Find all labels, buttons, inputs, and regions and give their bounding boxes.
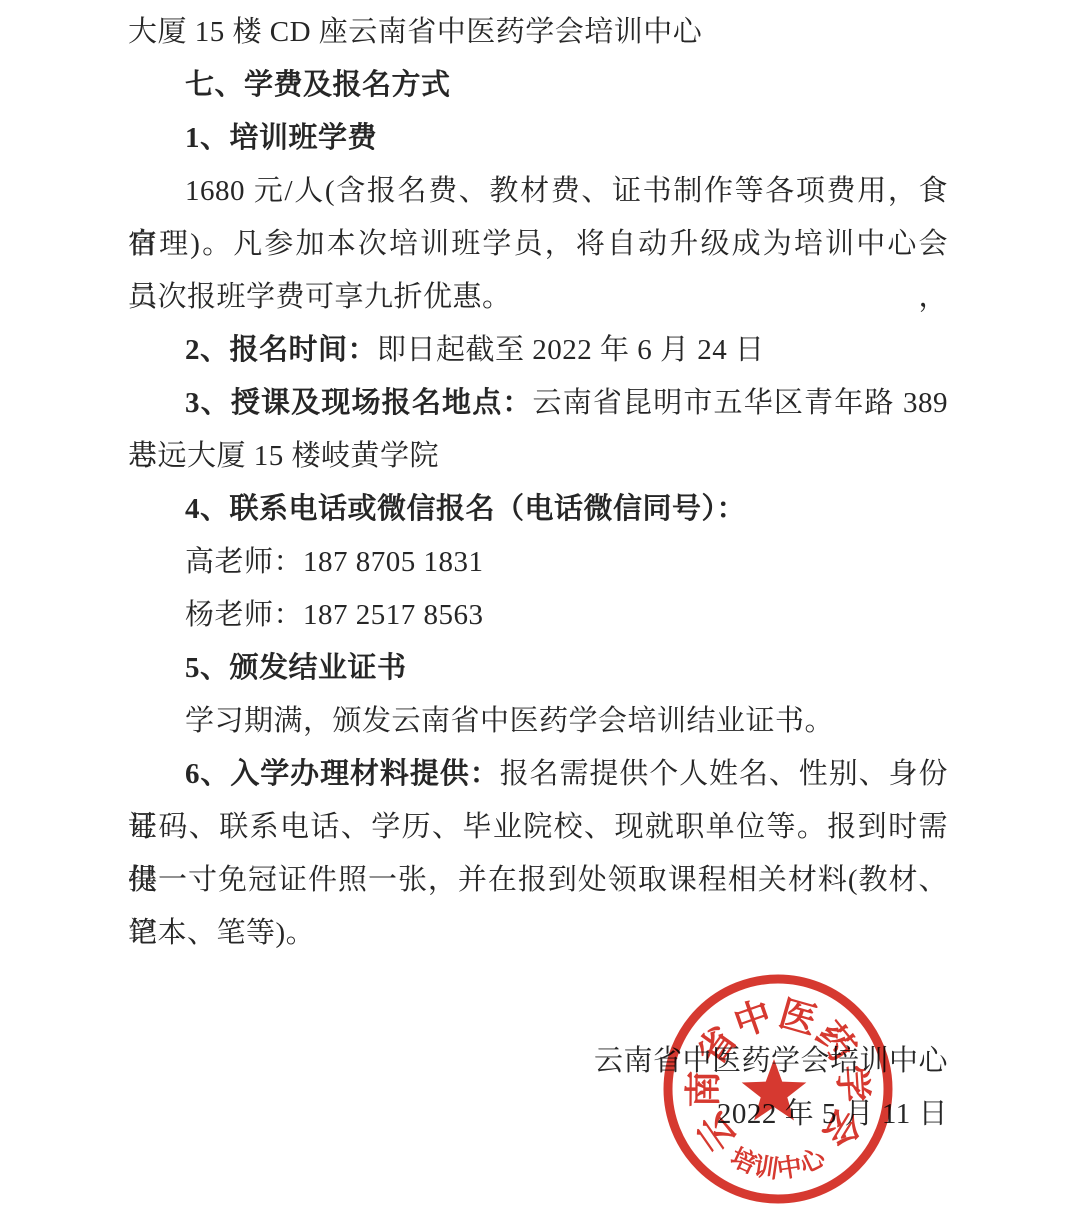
text-line: 供一寸免冠证件照一张，并在报到处领取课程相关材料(教材、笔 xyxy=(128,854,948,907)
text-line: 学习期满，颁发云南省中医药学会培训结业证书。 xyxy=(128,695,948,748)
line-text: 志远大厦 15 楼岐黄学院 xyxy=(128,440,439,472)
text-line: 志远大厦 15 楼岐黄学院 xyxy=(128,430,948,483)
document-body: 大厦 15 楼 CD 座云南省中医药学会培训中心 七、学费及报名方式 1、培训班… xyxy=(128,6,948,1141)
section-heading: 5、颁发结业证书 xyxy=(128,642,948,695)
line-bold-text: 6、入学办理材料提供： xyxy=(185,758,500,790)
line-bold-text: 3、授课及现场报名地点： xyxy=(185,387,533,419)
section-heading: 4、联系电话或微信报名（电话微信同号）： xyxy=(128,483,948,536)
section-heading: 6、入学办理材料提供：报名需提供个人姓名、性别、身份证 xyxy=(128,748,948,801)
text-line: 1680 元/人(含报名费、教材费、证书制作等各项费用，食宿 xyxy=(128,165,948,218)
phone-line: 杨老师：187 2517 8563 xyxy=(128,589,948,642)
stamp-bottom-text: 培训中心 xyxy=(726,1142,830,1184)
official-stamp: 云南省中医药学会 培训中心 xyxy=(661,972,895,1206)
document-page: 大厦 15 楼 CD 座云南省中医药学会培训中心 七、学费及报名方式 1、培训班… xyxy=(0,0,1080,1218)
line-text: 记本、笔等)。 xyxy=(128,917,315,949)
line-bold-text: 5、颁发结业证书 xyxy=(185,652,407,684)
section-heading: 3、授课及现场报名地点：云南省昆明市五华区青年路 389 号 xyxy=(128,377,948,430)
section-heading: 1、培训班学费 xyxy=(128,112,948,165)
line-bold-text: 4、联系电话或微信报名（电话微信同号）： xyxy=(185,493,746,525)
line-text: 大厦 15 楼 CD 座云南省中医药学会培训中心 xyxy=(128,16,702,48)
line-bold-text: 2、报名时间： xyxy=(185,334,377,366)
line-text: 杨老师：187 2517 8563 xyxy=(185,599,484,631)
stamp-star-icon xyxy=(742,1059,807,1121)
line-text: 学习期满，颁发云南省中医药学会培训结业证书。 xyxy=(185,705,834,737)
line-bold-text: 七、学费及报名方式 xyxy=(185,69,451,101)
text-line: 大厦 15 楼 CD 座云南省中医药学会培训中心 xyxy=(128,6,948,59)
text-line: 号码、联系电话、学历、毕业院校、现就职单位等。报到时需提 xyxy=(128,801,948,854)
text-line: 自理)。凡参加本次培训班学员，将自动升级成为培训中心会员， xyxy=(128,218,948,271)
line-bold-text: 1、培训班学费 xyxy=(185,122,377,154)
line-text: 二次报班学费可享九折优惠。 xyxy=(128,281,512,313)
section-heading: 七、学费及报名方式 xyxy=(128,59,948,112)
section-heading: 2、报名时间：即日起截至 2022 年 6 月 24 日 xyxy=(128,324,948,377)
svg-text:培训中心: 培训中心 xyxy=(726,1142,830,1184)
text-line: 记本、笔等)。 xyxy=(128,907,948,960)
line-text: 即日起截至 2022 年 6 月 24 日 xyxy=(377,334,765,366)
line-text: 高老师：187 8705 1831 xyxy=(185,546,484,578)
phone-line: 高老师：187 8705 1831 xyxy=(128,536,948,589)
